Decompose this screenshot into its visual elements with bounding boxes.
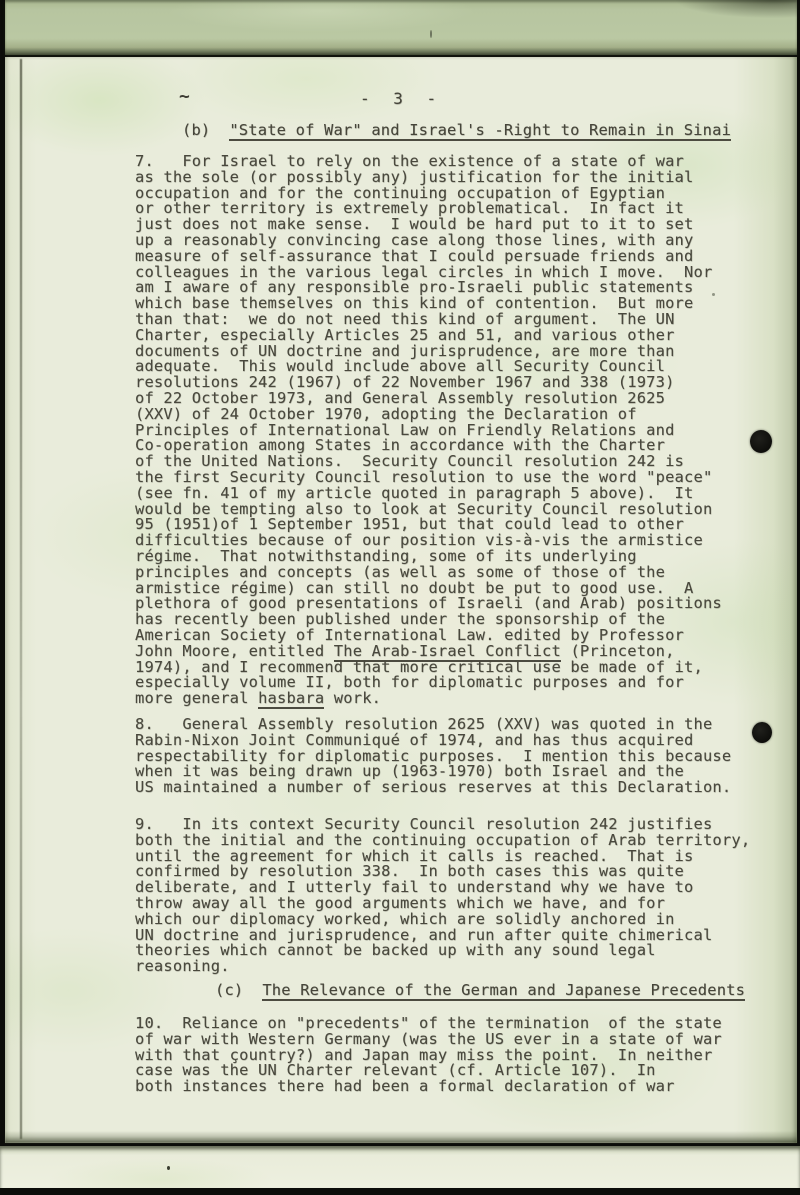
text-line: reasoning. xyxy=(135,959,780,975)
hasbara-underlined: hasbara xyxy=(258,689,324,709)
page-number: - 3 - xyxy=(360,89,443,108)
paper-speck xyxy=(167,1166,170,1170)
section-title-b: "State of War" and Israel's -Right to Re… xyxy=(229,121,731,141)
text-line: theories which cannot be backed up with … xyxy=(135,943,780,959)
paragraph-10: 10. Reliance on "precedents" of the term… xyxy=(135,1016,780,1095)
left-crease-line xyxy=(20,59,22,1139)
line-prefix: John Moore, entitled xyxy=(135,642,334,660)
paragraph-7-lines-a: 7. For Israel to rely on the existence o… xyxy=(135,154,780,644)
paragraph-7: 7. For Israel to rely on the existence o… xyxy=(135,154,780,707)
page-bottom-edge xyxy=(5,1131,797,1143)
section-title-c: The Relevance of the German and Japanese… xyxy=(262,981,745,1001)
line-suffix: work. xyxy=(324,689,381,707)
paper-speck xyxy=(712,293,715,296)
section-label-c: (c) xyxy=(215,981,262,999)
bottom-edge-strip xyxy=(0,1146,800,1188)
section-heading-c: (c) The Relevance of the German and Japa… xyxy=(215,982,745,999)
paragraph-7-lines-b: 1974), and I recommend that more critica… xyxy=(135,660,780,692)
text-line-hasbara: more general hasbara work. xyxy=(135,691,780,707)
stray-mark: ~ xyxy=(179,86,190,107)
text-line: both instances there had been a formal d… xyxy=(135,1079,780,1095)
paragraph-9: 9. In its context Security Council resol… xyxy=(135,817,780,975)
section-heading-b: (b) "State of War" and Israel's -Right t… xyxy=(182,122,731,139)
section-label-b: (b) xyxy=(182,121,229,139)
top-edge-strip xyxy=(5,0,797,55)
text-line: US maintained a number of serious reserv… xyxy=(135,780,780,796)
paper-speck xyxy=(430,30,432,38)
line-prefix: more general xyxy=(135,689,258,707)
paragraph-8: 8. General Assembly resolution 2625 (XXV… xyxy=(135,717,780,796)
line-suffix: (Princeton, xyxy=(561,642,675,660)
